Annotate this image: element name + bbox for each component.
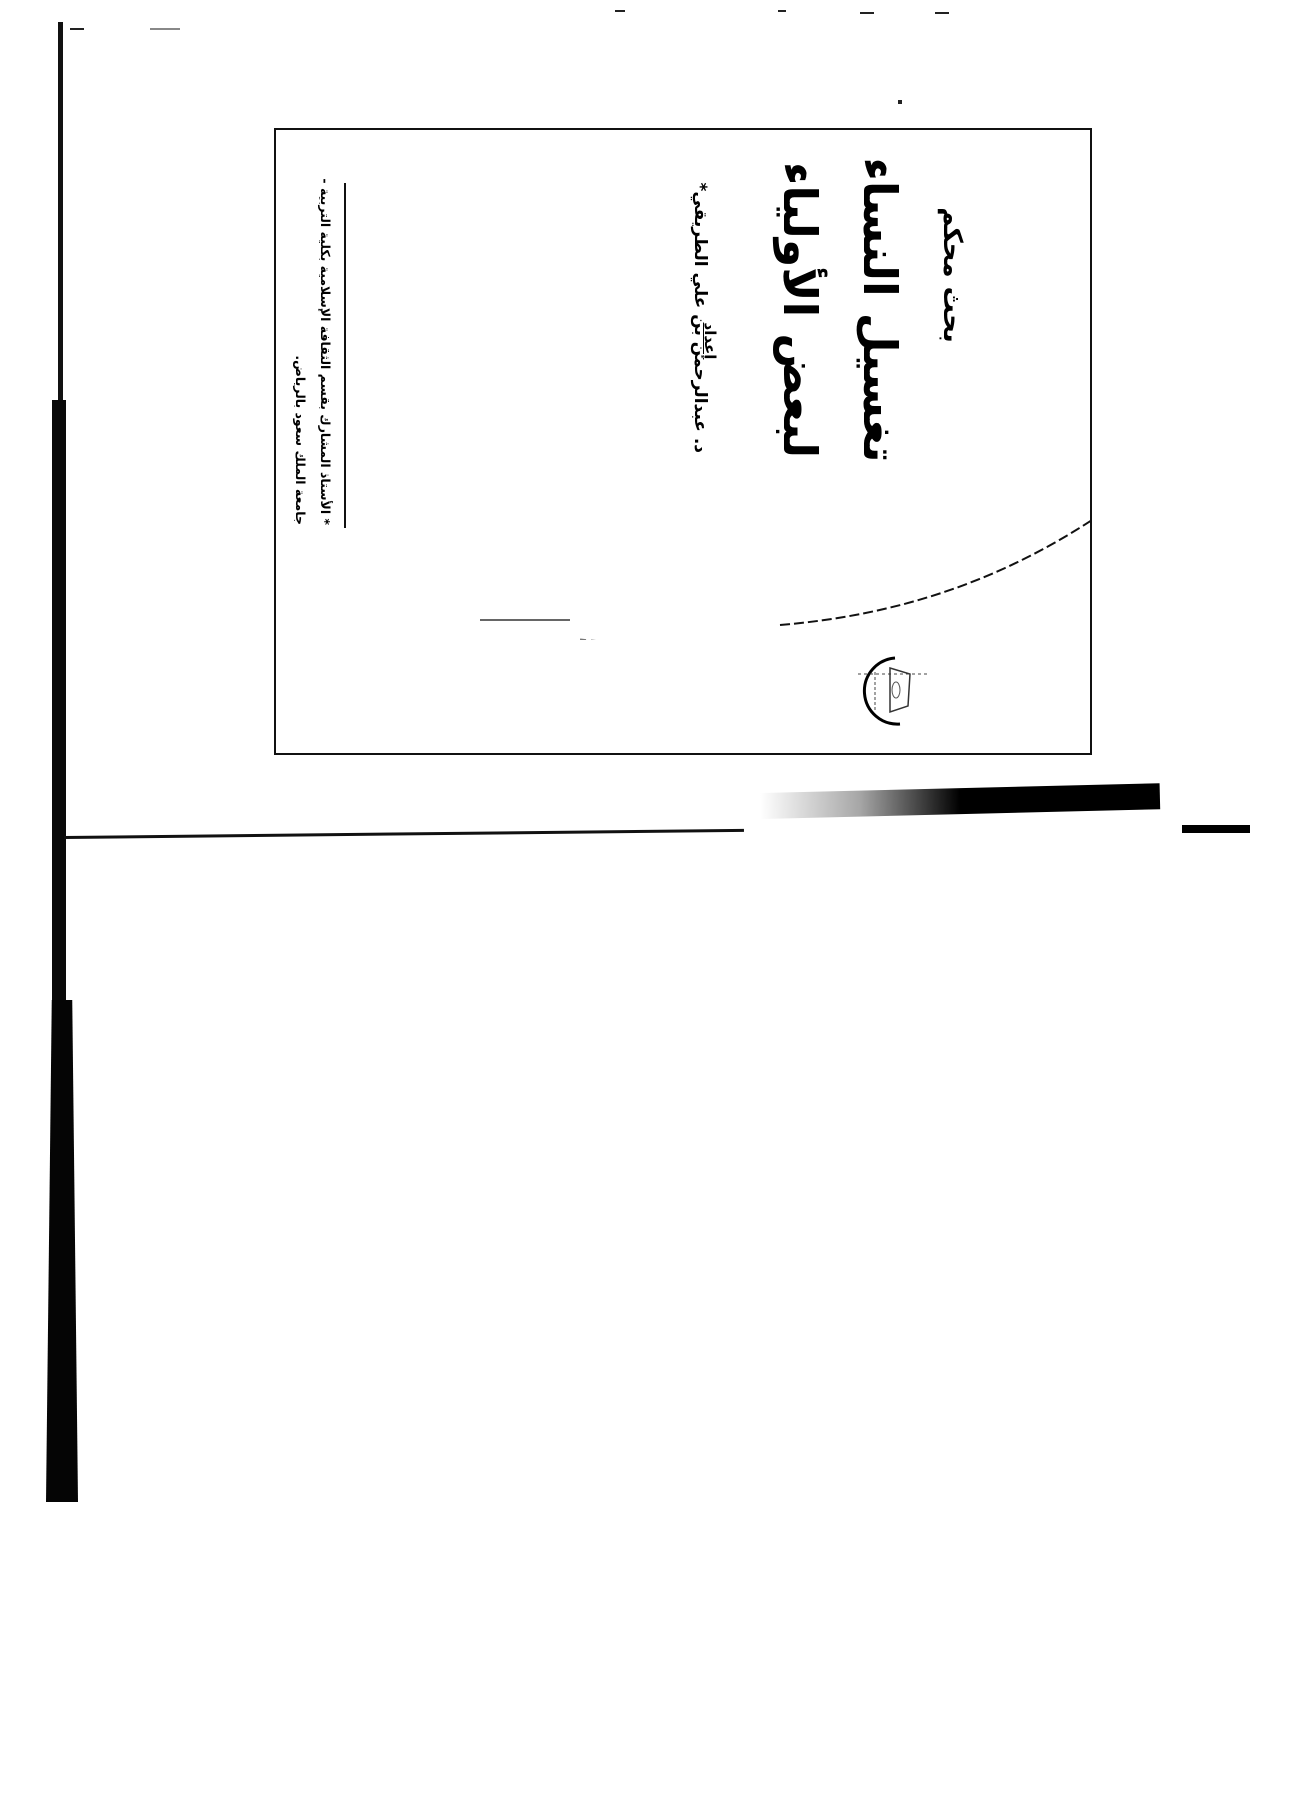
footnote-line-1: * الأستاذ المشارك بقسم الثقافة الإسلامية… <box>315 175 335 525</box>
scanned-page: بحث محكم تغسيل النساء لبعض الأولياء إعدا… <box>0 0 1299 1808</box>
series-label: بحث محكم <box>932 155 972 395</box>
scan-edge-shadow-top <box>58 22 63 422</box>
title-line-2: لبعض الأولياء <box>770 120 830 500</box>
scan-edge-shadow-bottom <box>46 1000 78 1502</box>
scan-speck <box>860 12 874 14</box>
title-line-1: تغسيل النساء <box>850 120 910 500</box>
scan-edge-shadow-middle <box>52 400 66 1000</box>
scan-speck <box>70 28 84 30</box>
scan-dark-band <box>760 783 1161 819</box>
scan-speck <box>778 10 786 12</box>
scan-speck <box>150 28 180 30</box>
scan-dark-band-tail <box>1182 825 1250 833</box>
scan-speck <box>898 100 902 104</box>
decorative-swoosh <box>480 500 1100 640</box>
author-name: د. عبدالرحمن بن علي الطريقي* <box>687 233 713 453</box>
scan-fold-line <box>64 829 744 839</box>
footnote-divider <box>344 183 346 528</box>
crescent-emblem-icon <box>850 650 930 730</box>
scan-speck <box>615 10 625 12</box>
scan-speck <box>935 12 949 14</box>
footnote-line-2: جامعة الملك سعود بالرياض. <box>290 175 310 525</box>
